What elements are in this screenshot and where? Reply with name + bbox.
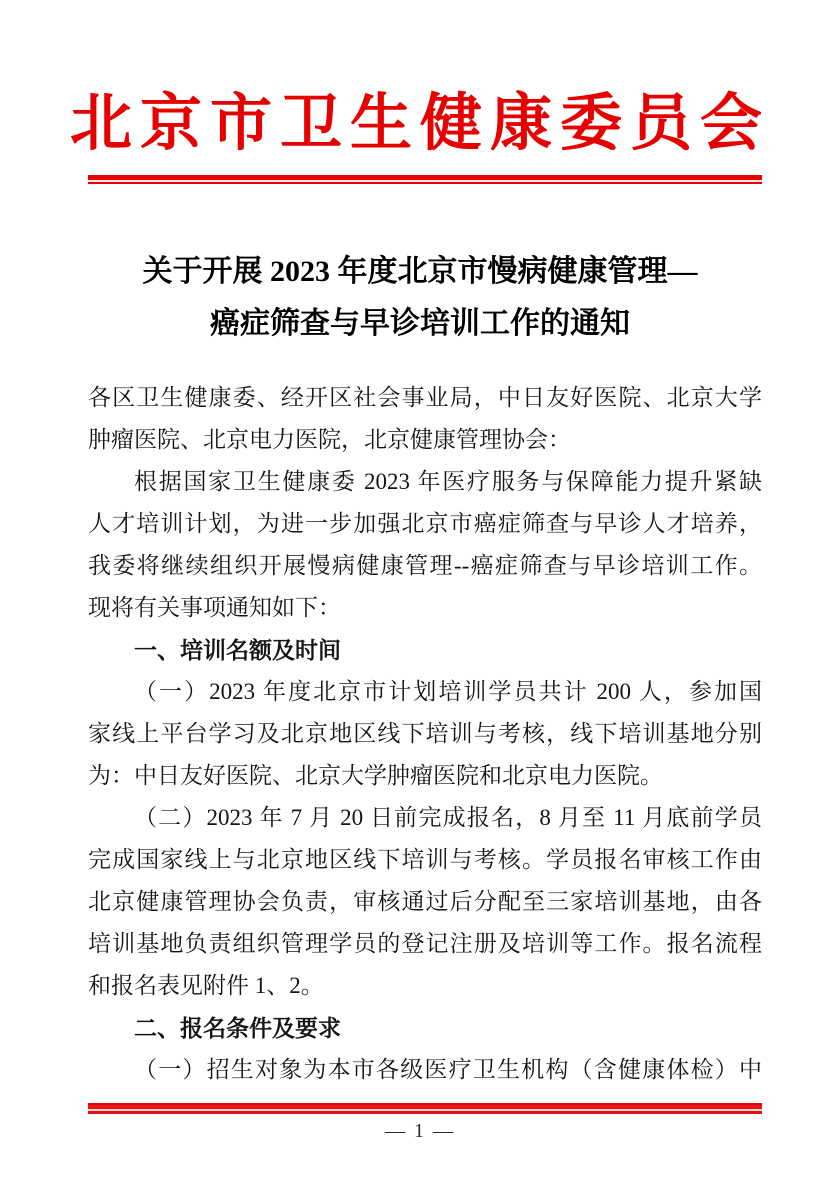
intro-line-4: 现将有关事项通知如下： — [88, 587, 762, 629]
footer-rule-stripe-4 — [88, 1111, 762, 1114]
section-1-heading: 一、培训名额及时间 — [88, 629, 762, 671]
intro-line-2: 人才培训计划，为进一步加强北京市癌症筛查与早诊人才培养， — [88, 503, 762, 545]
intro-line-1: 根据国家卫生健康委 2023 年医疗服务与保障能力提升紧缺 — [88, 461, 762, 503]
document-page: 北京市卫生健康委员会 关于开展 2023 年度北京市慢病健康管理— 癌症筛查与早… — [0, 0, 840, 1188]
section-1-item-2-line-4: 培训基地负责组织管理学员的登记注册及培训等工作。报名流程 — [88, 923, 762, 965]
section-2-heading-text: 二、报名条件及要求 — [88, 1007, 762, 1049]
document-title-line-1: 关于开展 2023 年度北京市慢病健康管理— — [0, 246, 840, 298]
document-title: 关于开展 2023 年度北京市慢病健康管理— 癌症筛查与早诊培训工作的通知 — [0, 246, 840, 350]
section-1-item-2-paragraph: （二）2023 年 7 月 20 日前完成报名，8 月至 11 月底前学员 完成… — [88, 797, 762, 1007]
page-number: — 1 — — [0, 1115, 840, 1147]
section-1-item-1-paragraph: （一）2023 年度北京市计划培训学员共计 200 人，参加国 家线上平台学习及… — [88, 671, 762, 797]
section-1-item-2-line-2: 完成国家线上与北京地区线下培训与考核。学员报名审核工作由 — [88, 839, 762, 881]
section-1-item-1-line-2: 家线上平台学习及北京地区线下培训与考核，线下培训基地分别 — [88, 713, 762, 755]
header-double-rule — [88, 175, 762, 184]
footer-rule — [88, 1103, 762, 1114]
header-rule-thin-line — [88, 182, 762, 184]
addressee-paragraph: 各区卫生健康委、经开区社会事业局，中日友好医院、北京大学 肿瘤医院、北京电力医院… — [88, 377, 762, 461]
section-2-item-1-paragraph: （一）招生对象为本市各级医疗卫生机构（含健康体检）中 — [88, 1049, 762, 1091]
section-1-heading-text: 一、培训名额及时间 — [88, 629, 762, 671]
addressee-line-2: 肿瘤医院、北京电力医院，北京健康管理协会： — [88, 419, 762, 461]
document-body: 各区卫生健康委、经开区社会事业局，中日友好医院、北京大学 肿瘤医院、北京电力医院… — [88, 377, 762, 1091]
intro-paragraph: 根据国家卫生健康委 2023 年医疗服务与保障能力提升紧缺 人才培训计划，为进一… — [88, 461, 762, 629]
section-2-heading: 二、报名条件及要求 — [88, 1007, 762, 1049]
section-1-item-1-line-1: （一）2023 年度北京市计划培训学员共计 200 人，参加国 — [88, 671, 762, 713]
section-1-item-2-line-1: （二）2023 年 7 月 20 日前完成报名，8 月至 11 月底前学员 — [88, 797, 762, 839]
intro-line-3: 我委将继续组织开展慢病健康管理--癌症筛查与早诊培训工作。 — [88, 545, 762, 587]
section-1-item-2-line-5: 和报名表见附件 1、2。 — [88, 965, 762, 1007]
addressee-line-1: 各区卫生健康委、经开区社会事业局，中日友好医院、北京大学 — [88, 377, 762, 419]
section-1-item-1-line-3: 为：中日友好医院、北京大学肿瘤医院和北京电力医院。 — [88, 755, 762, 797]
org-header-title: 北京市卫生健康委员会 — [0, 78, 840, 170]
document-title-line-2: 癌症筛查与早诊培训工作的通知 — [0, 298, 840, 350]
section-2-item-1-line-1: （一）招生对象为本市各级医疗卫生机构（含健康体检）中 — [88, 1049, 762, 1091]
section-1-item-2-line-3: 北京健康管理协会负责，审核通过后分配至三家培训基地，由各 — [88, 881, 762, 923]
